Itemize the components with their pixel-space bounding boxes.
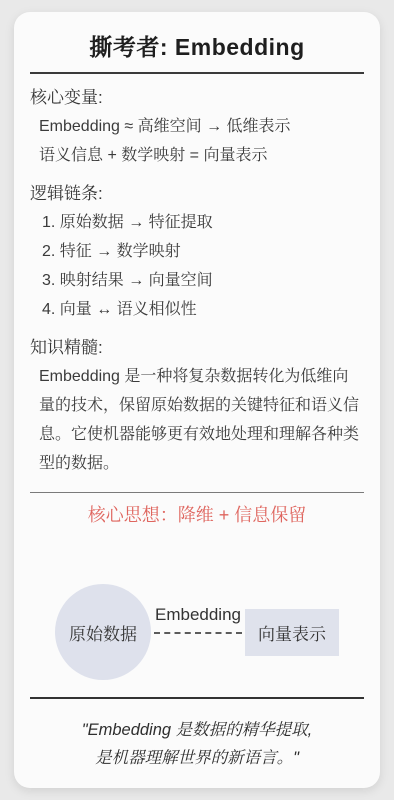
section-logic-chain: 逻辑链条: 1. 原始数据 → 特征提取 2. 特征 → 数学映射 3. 映射结… xyxy=(30,184,364,324)
knowledge-essence-paragraph: Embedding 是一种将复杂数据转化为低维向量的技术，保留原始数据的关键特征… xyxy=(30,362,364,478)
logic-chain-item: 3. 映射结果 → 向量空间 xyxy=(30,266,364,295)
quote-block: "Embedding 是数据的精华提取, 是机器理解世界的新语言。" xyxy=(30,716,364,772)
section-knowledge-essence: 知识精髓: Embedding 是一种将复杂数据转化为低维向量的技术，保留原始数… xyxy=(30,338,364,478)
source-data-circle: 原始数据 xyxy=(55,584,151,680)
embedding-connector: Embedding xyxy=(151,584,245,680)
embedding-diagram: 原始数据 Embedding 向量表示 xyxy=(30,584,364,680)
logic-chain-item: 4. 向量 ↔ 语义相似性 xyxy=(30,295,364,324)
logic-chain-list: 1. 原始数据 → 特征提取 2. 特征 → 数学映射 3. 映射结果 → 向量… xyxy=(30,208,364,324)
section-heading-knowledge-essence: 知识精髓: xyxy=(30,338,364,358)
page-title: 撕考者: Embedding xyxy=(30,32,364,62)
section-lines: Embedding ≈ 高维空间 → 低维表示 语义信息 + 数学映射 = 向量… xyxy=(30,112,364,170)
core-variable-line: Embedding ≈ 高维空间 → 低维表示 xyxy=(30,112,364,141)
vector-representation-label: 向量表示 xyxy=(258,620,326,645)
quote-line-2: 是机器理解世界的新语言。" xyxy=(30,744,364,772)
section-core-variables: 核心变量: Embedding ≈ 高维空间 → 低维表示 语义信息 + 数学映… xyxy=(30,88,364,170)
title-divider xyxy=(30,72,364,74)
connector-label: Embedding xyxy=(155,605,241,625)
quote-divider xyxy=(30,697,364,699)
section-heading-core-variables: 核心变量: xyxy=(30,88,364,108)
source-data-label: 原始数据 xyxy=(69,620,137,645)
quote-line-1: "Embedding 是数据的精华提取, xyxy=(30,716,364,744)
knowledge-card: 撕考者: Embedding 核心变量: Embedding ≈ 高维空间 → … xyxy=(14,12,380,788)
logic-chain-item: 1. 原始数据 → 特征提取 xyxy=(30,208,364,237)
logic-chain-item: 2. 特征 → 数学映射 xyxy=(30,237,364,266)
section-heading-logic-chain: 逻辑链条: xyxy=(30,184,364,204)
section-divider xyxy=(30,492,364,493)
core-variable-line: 语义信息 + 数学映射 = 向量表示 xyxy=(30,141,364,170)
core-idea-text: 核心思想：降维 + 信息保留 xyxy=(30,504,364,526)
vector-representation-box: 向量表示 xyxy=(245,609,339,656)
dashed-arrow xyxy=(154,632,242,634)
